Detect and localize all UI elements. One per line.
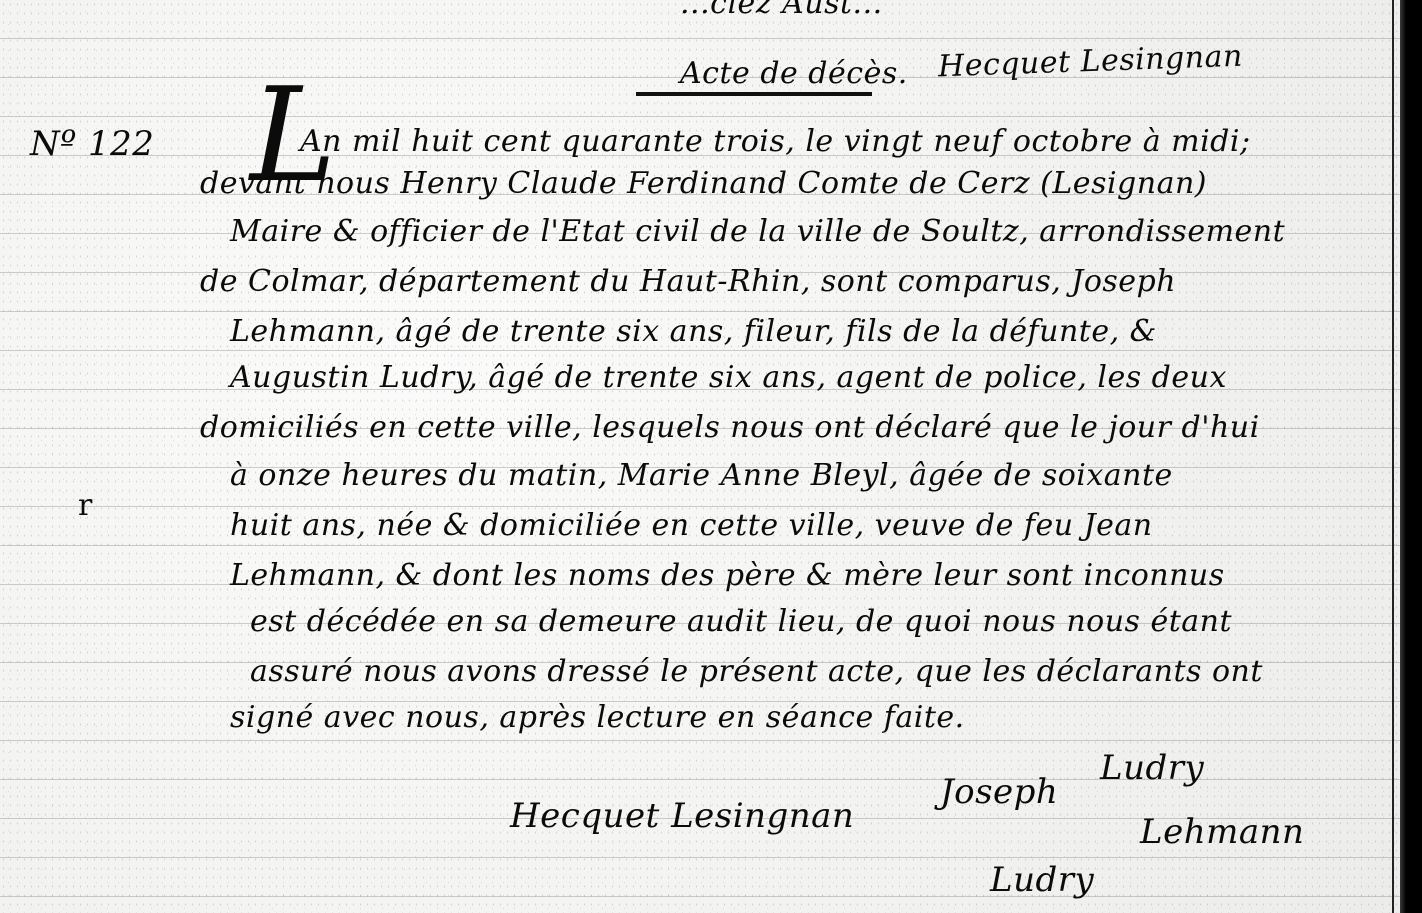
text-line-12: assuré nous avons dressé le présent acte… [250,654,1263,689]
document-page: ...ciez Aust... Acte de décès. Hecquet L… [0,0,1400,913]
text-line-2: devant nous Henry Claude Ferdinand Comte… [200,166,1207,201]
entry-number: Nº 122 [30,124,154,164]
text-line-9: huit ans, née & domiciliée en cette vill… [230,508,1153,543]
text-line-8: à onze heures du matin, Marie Anne Bleyl… [230,458,1173,493]
signature-joseph: Joseph [940,772,1058,812]
signature-ludry: Ludry [990,860,1094,900]
text-line-5: Lehmann, âgé de trente six ans, fileur, … [230,314,1157,349]
document-title: Acte de décès. [680,56,908,91]
page-margin-line [1392,0,1394,913]
title-underline [636,92,872,96]
text-line-11: est décédée en sa demeure audit lieu, de… [250,604,1232,639]
signature-lehmann: Lehmann [1140,812,1304,852]
text-line-7: domiciliés en cette ville, lesquels nous… [200,410,1260,445]
text-line-4: de Colmar, département du Haut-Rhin, son… [200,264,1176,299]
scan-edge-shadow [1400,0,1422,913]
text-line-3: Maire & officier de l'Etat civil de la v… [230,214,1285,249]
text-line-13: signé avec nous, après lecture en séance… [230,700,965,735]
signature-witness-initial: Ludry [1100,748,1204,788]
text-line-10: Lehmann, & dont les noms des père & mère… [230,558,1225,593]
signature-mayor: Hecquet Lesingnan [510,796,854,836]
margin-mark: r [78,488,93,523]
previous-entry-fragment: ...ciez Aust... [680,0,883,21]
text-line-6: Augustin Ludry, âgé de trente six ans, a… [230,360,1227,395]
text-line-1: An mil huit cent quarante trois, le ving… [300,124,1251,159]
